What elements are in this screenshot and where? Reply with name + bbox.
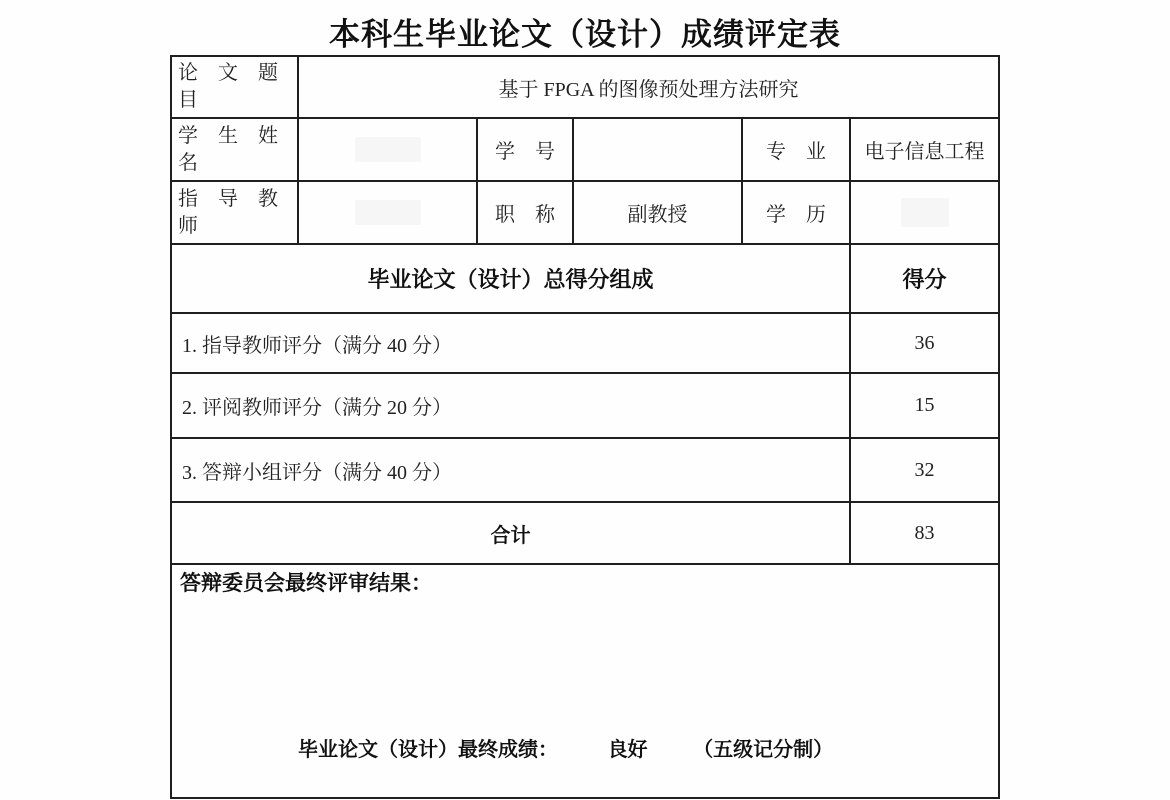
score-item-value: 36 [850, 313, 999, 373]
score-header-row: 毕业论文（设计）总得分组成 得分 [171, 244, 999, 313]
score-item-value: 15 [850, 373, 999, 438]
thesis-title-row: 论 文 题 目 基于 FPGA 的图像预处理方法研究 [171, 56, 999, 118]
committee-result-cell: 答辩委员会最终评审结果： 毕业论文（设计）最终成绩： 良好 （五级记分制） [171, 564, 999, 798]
grade-form-table: 论 文 题 目 基于 FPGA 的图像预处理方法研究 学 生 姓 名 学 号 专… [170, 55, 1000, 799]
major-value: 电子信息工程 [850, 118, 999, 181]
grade-system-note: （五级记分制） [693, 739, 833, 761]
title-rank-value: 副教授 [573, 181, 742, 244]
final-grade-value: 良好 [608, 739, 648, 761]
advisor-label: 指 导 教 师 [171, 181, 298, 244]
score-item-label: 2. 评阅教师评分（满分 20 分） [171, 373, 850, 438]
total-score: 83 [850, 502, 999, 564]
total-row: 合计 83 [171, 502, 999, 564]
student-id-label: 学 号 [477, 118, 573, 181]
score-item-value: 32 [850, 438, 999, 502]
score-item-label: 1. 指导教师评分（满分 40 分） [171, 313, 850, 373]
score-row-reviewer: 2. 评阅教师评分（满分 20 分） 15 [171, 373, 999, 438]
thesis-title-value: 基于 FPGA 的图像预处理方法研究 [298, 56, 999, 118]
redacted-degree [901, 198, 949, 227]
final-grade-label: 毕业论文（设计）最终成绩： [298, 739, 558, 761]
student-id-value [573, 118, 742, 181]
score-item-label: 3. 答辩小组评分（满分 40 分） [171, 438, 850, 502]
thesis-title-label: 论 文 题 目 [171, 56, 298, 118]
major-label: 专 业 [742, 118, 850, 181]
degree-label: 学 历 [742, 181, 850, 244]
score-column-header: 得分 [850, 244, 999, 313]
committee-result-label: 答辩委员会最终评审结果： [180, 571, 990, 597]
advisor-value [298, 181, 477, 244]
student-name-value [298, 118, 477, 181]
degree-value [850, 181, 999, 244]
page-title: 本科生毕业论文（设计）成绩评定表 [0, 9, 1170, 54]
advisor-info-row: 指 导 教 师 职 称 副教授 学 历 [171, 181, 999, 244]
score-composition-header: 毕业论文（设计）总得分组成 [171, 244, 850, 313]
total-label: 合计 [171, 502, 850, 564]
student-info-row: 学 生 姓 名 学 号 专 业 电子信息工程 [171, 118, 999, 181]
title-rank-label: 职 称 [477, 181, 573, 244]
score-row-advisor: 1. 指导教师评分（满分 40 分） 36 [171, 313, 999, 373]
score-row-defense: 3. 答辩小组评分（满分 40 分） 32 [171, 438, 999, 502]
redacted-student-name [355, 137, 421, 162]
student-name-label: 学 生 姓 名 [171, 118, 298, 181]
document-page: 本科生毕业论文（设计）成绩评定表 论 文 题 目 基于 FPGA 的图像预处理方… [0, 0, 1170, 800]
final-grade-line: 毕业论文（设计）最终成绩： 良好 （五级记分制） [180, 737, 990, 763]
redacted-advisor-name [355, 200, 421, 225]
committee-row: 答辩委员会最终评审结果： 毕业论文（设计）最终成绩： 良好 （五级记分制） [171, 564, 999, 798]
